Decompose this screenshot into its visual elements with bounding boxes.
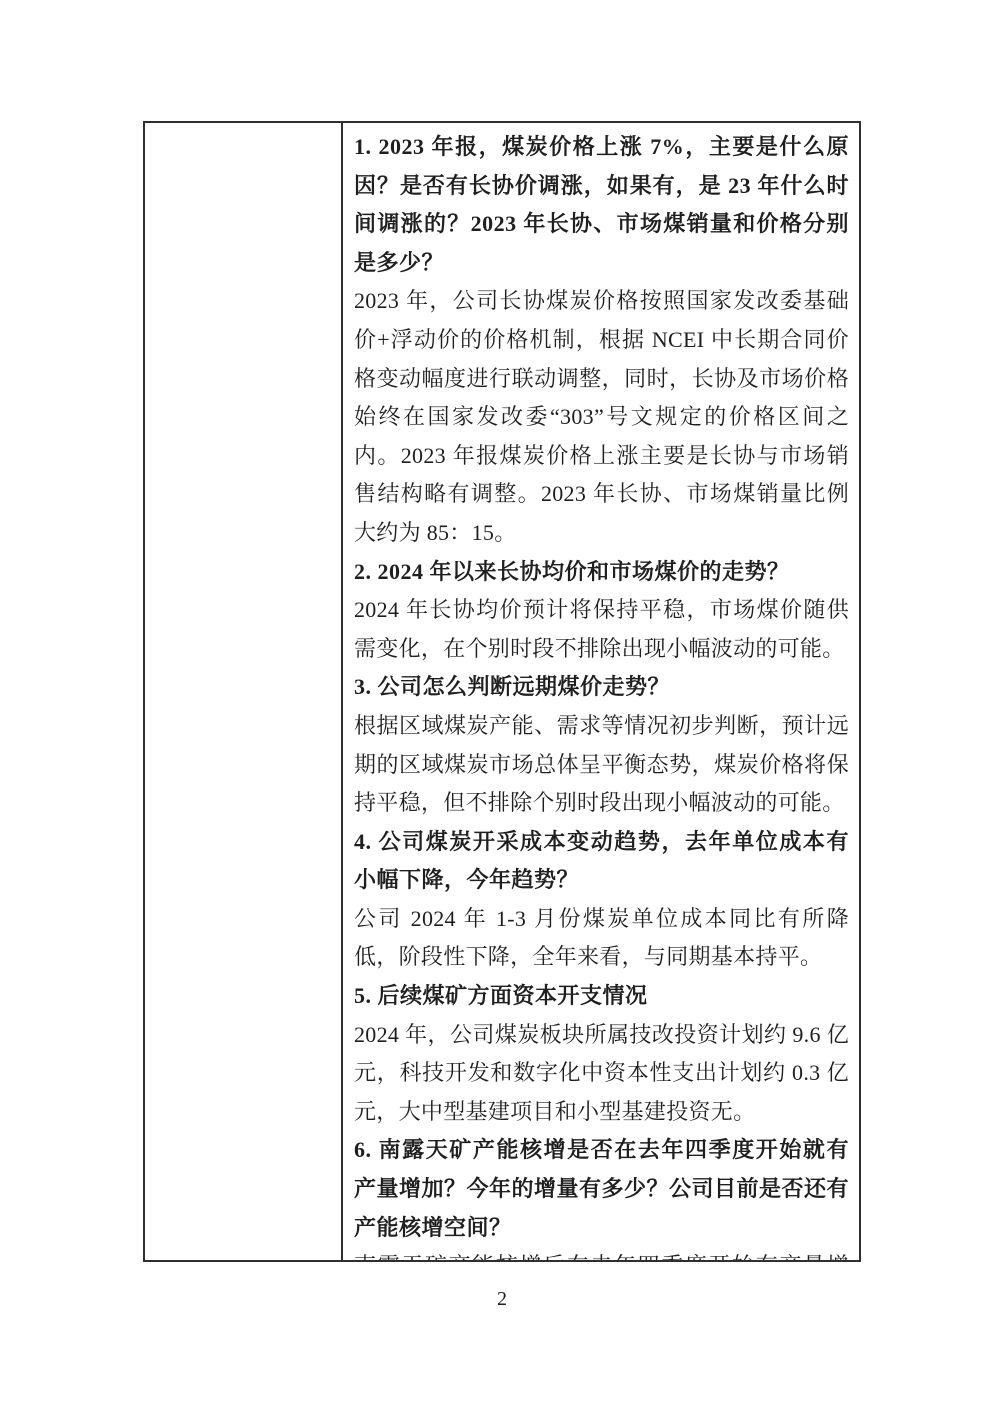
- qa-table: 1. 2023 年报，煤炭价格上涨 7%，主要是什么原因？是否有长协价调涨，如果…: [143, 121, 861, 1262]
- qa-question-4: 4. 公司煤炭开采成本变动趋势，去年单位成本有小幅下降，今年趋势？: [354, 823, 849, 900]
- table-right-cell: 1. 2023 年报，煤炭价格上涨 7%，主要是什么原因？是否有长协价调涨，如果…: [343, 123, 859, 1260]
- qa-answer-1: 2023 年，公司长协煤炭价格按照国家发改委基础价+浮动价的价格机制，根据 NC…: [354, 282, 849, 552]
- qa-question-3: 3. 公司怎么判断远期煤价走势？: [354, 668, 849, 707]
- qa-question-5: 5. 后续煤矿方面资本开支情况: [354, 977, 849, 1016]
- qa-question-1: 1. 2023 年报，煤炭价格上涨 7%，主要是什么原因？是否有长协价调涨，如果…: [354, 128, 849, 282]
- qa-answer-3: 根据区域煤炭产能、需求等情况初步判断，预计远期的区域煤炭市场总体呈平衡态势，煤炭…: [354, 707, 849, 823]
- qa-answer-2: 2024 年长协均价预计将保持平稳，市场煤价随供需变化，在个别时段不排除出现小幅…: [354, 591, 849, 668]
- page-number: 2: [143, 1288, 861, 1311]
- qa-answer-4: 公司 2024 年 1-3 月份煤炭单位成本同比有所降低，阶段性下降，全年来看，…: [354, 900, 849, 977]
- table-left-cell: [145, 123, 343, 1260]
- qa-question-2: 2. 2024 年以来长协均价和市场煤价的走势？: [354, 553, 849, 592]
- document-page: 1. 2023 年报，煤炭价格上涨 7%，主要是什么原因？是否有长协价调涨，如果…: [0, 0, 1000, 1414]
- qa-answer-5: 2024 年，公司煤炭板块所属技改投资计划约 9.6 亿元，科技开发和数字化中资…: [354, 1016, 849, 1132]
- qa-question-6: 6. 南露天矿产能核增是否在去年四季度开始就有产量增加？今年的增量有多少？公司目…: [354, 1131, 849, 1247]
- qa-answer-6: 南露天矿产能核增后在去年四季度开始有产量增加。今年全年按照核增后产能生产煤炭，预…: [354, 1247, 849, 1260]
